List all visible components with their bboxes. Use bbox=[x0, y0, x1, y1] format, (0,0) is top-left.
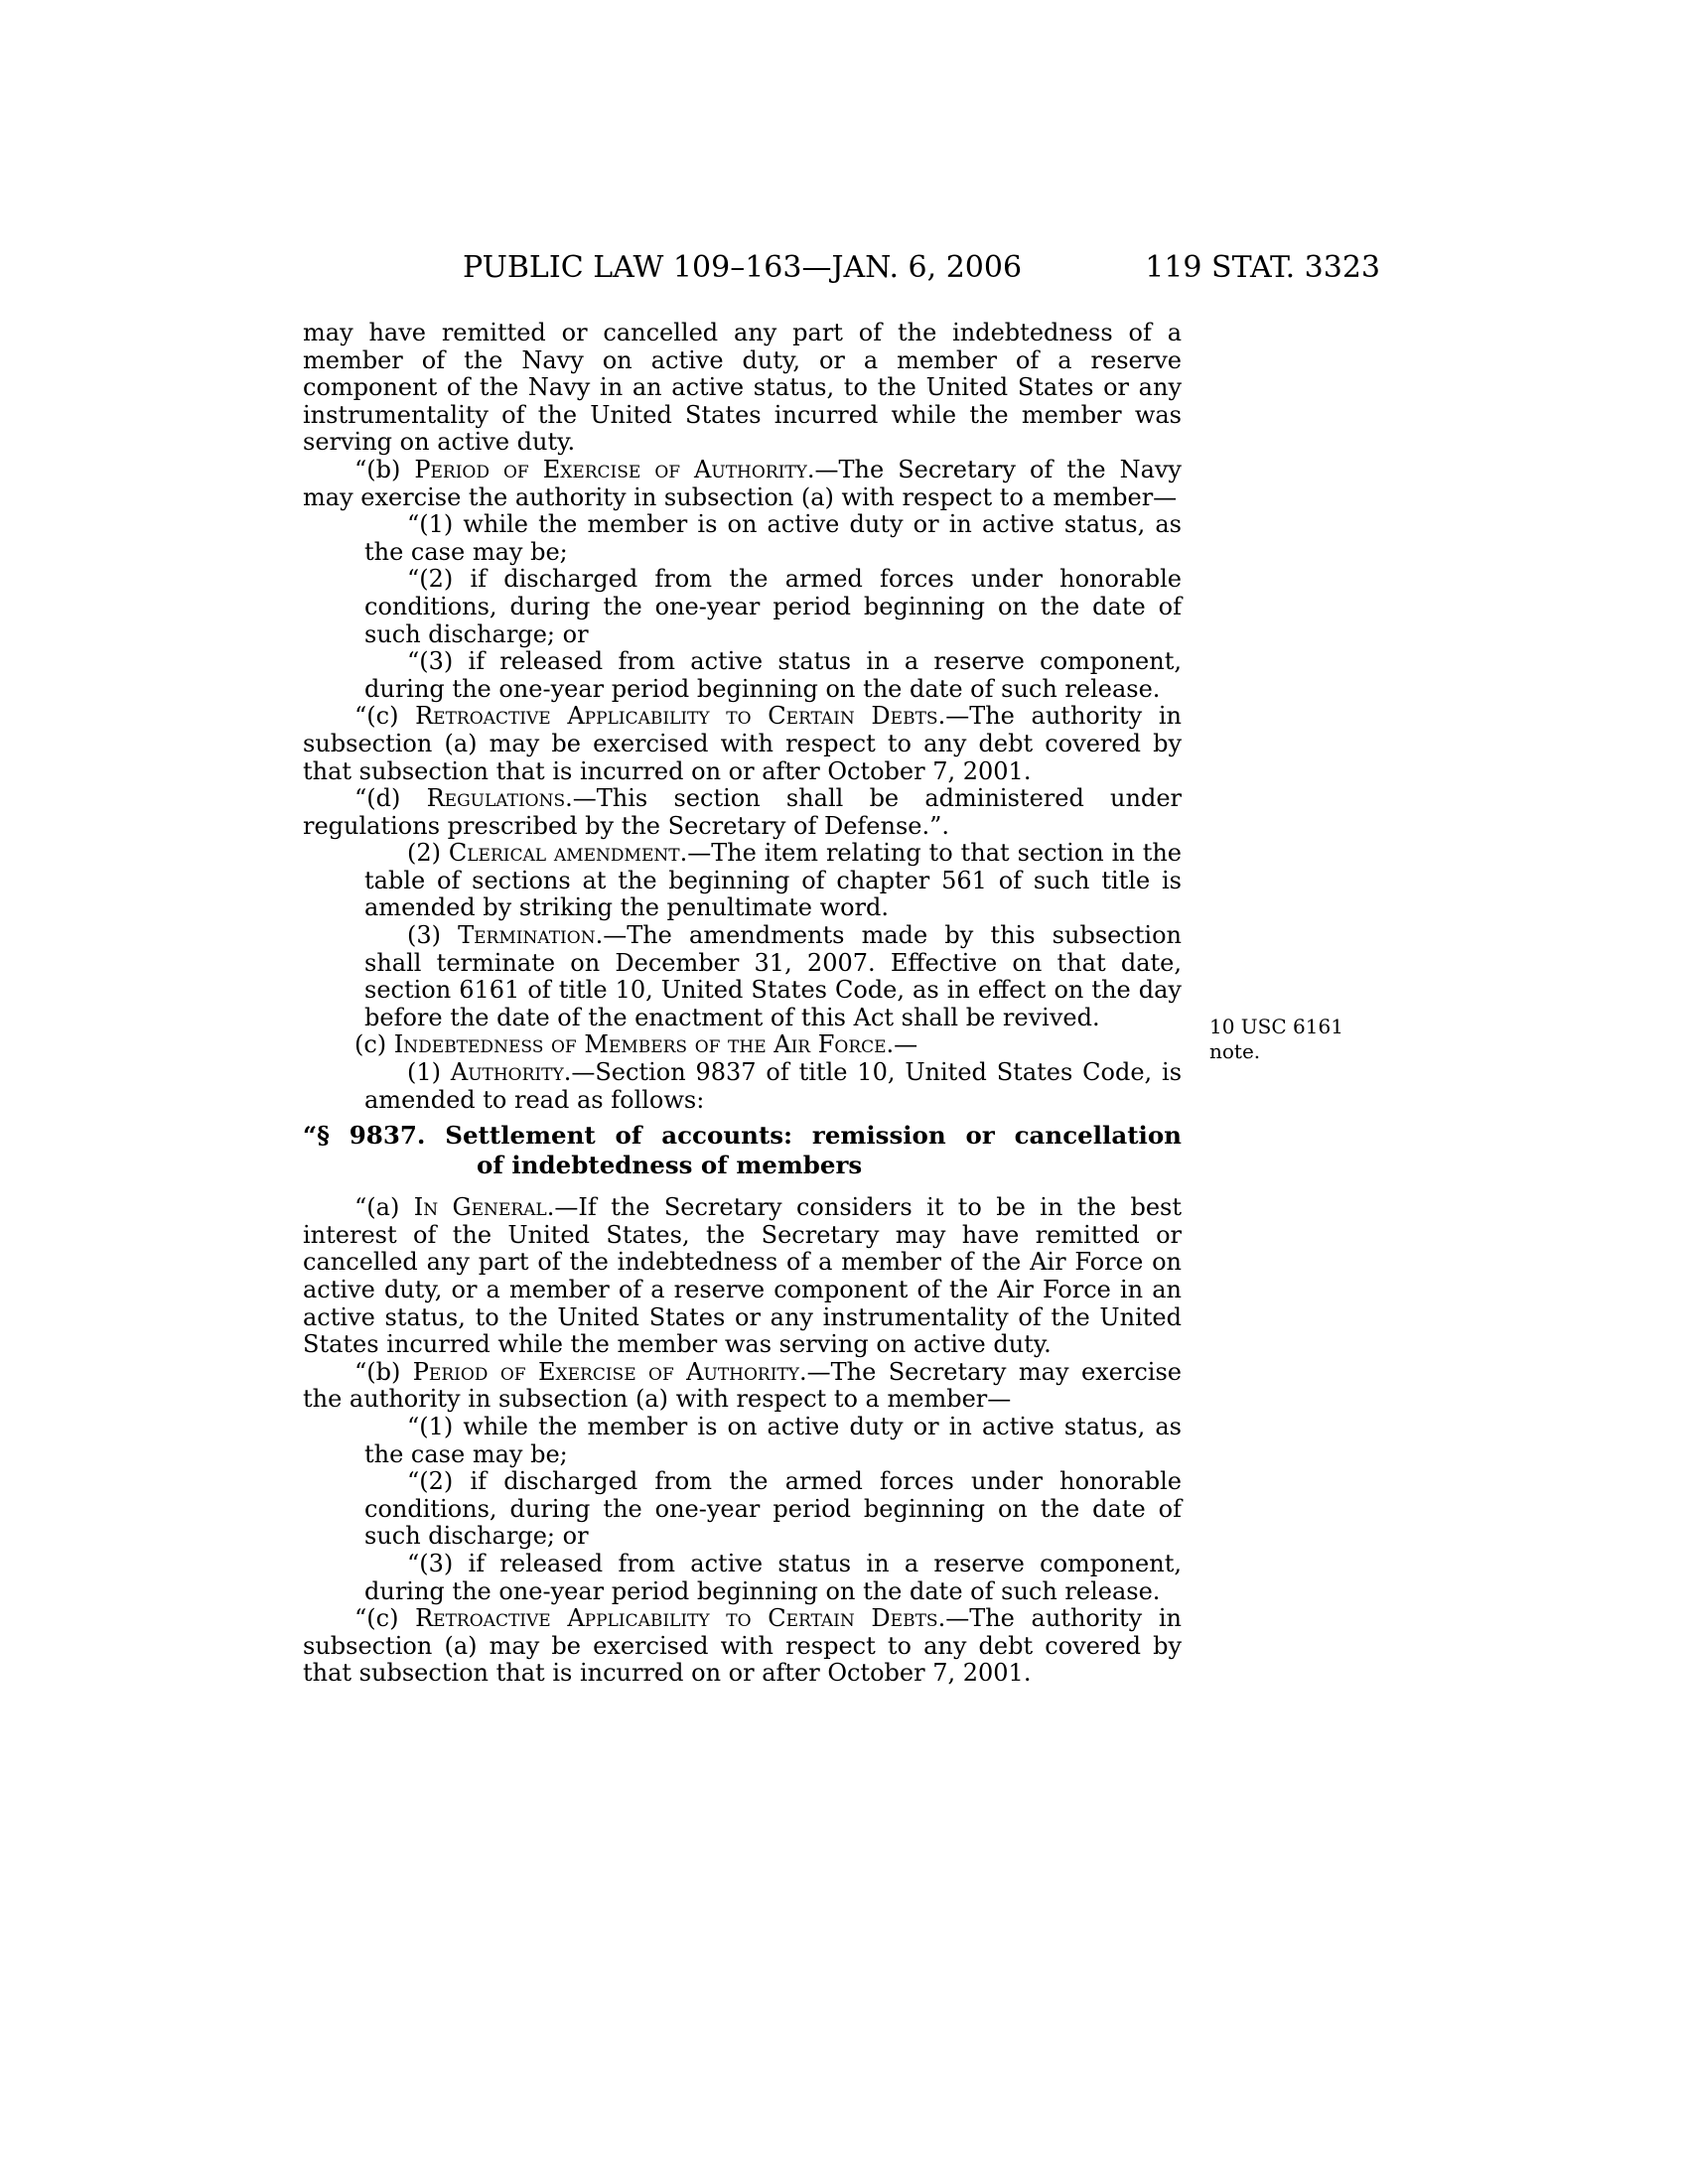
text-run: “(2) if discharged from the armed forces… bbox=[364, 565, 1182, 647]
text-run: “(1) while the member is on active duty … bbox=[364, 510, 1182, 566]
para-1-authority: (1) Authority.—Section 9837 of title 10,… bbox=[364, 1059, 1182, 1114]
para-2-af: “(2) if discharged from the armed forces… bbox=[364, 1468, 1182, 1551]
text-run: may have remitted or cancelled any part … bbox=[303, 319, 1182, 456]
text-run: “(b) bbox=[354, 1358, 413, 1386]
para-c-retroactive-af: “(c) Retroactive Applicability to Certai… bbox=[303, 1605, 1182, 1688]
para-3-navy: “(3) if released from active status in a… bbox=[364, 648, 1182, 703]
small-caps-label: Period of Exercise of Authority bbox=[414, 456, 807, 483]
para-b-period-af: “(b) Period of Exercise of Authority.—Th… bbox=[303, 1359, 1182, 1414]
small-caps-label: Indebtedness of Members of the Air Force bbox=[394, 1030, 887, 1058]
margin-note-usc-citation: 10 USC 6161 note. bbox=[1209, 1015, 1393, 1064]
running-header: PUBLIC LAW 109–163—JAN. 6, 2006 119 STAT… bbox=[0, 250, 1688, 290]
para-c-indebtedness-air-force: (c) Indebtedness of Members of the Air F… bbox=[303, 1031, 1182, 1059]
para-3-termination: (3) Termination.—The amendments made by … bbox=[364, 922, 1182, 1031]
para-d-regulations: “(d) Regulations.—This section shall be … bbox=[303, 785, 1182, 840]
statute-text-column: may have remitted or cancelled any part … bbox=[303, 320, 1182, 1688]
text-run: “(3) if released from active status in a… bbox=[364, 1550, 1182, 1605]
small-caps-label: Regulations bbox=[427, 784, 566, 812]
margin-note-line-1: 10 USC 6161 bbox=[1209, 1015, 1393, 1039]
para-a-in-general-af: “(a) In General.—If the Secretary consid… bbox=[303, 1194, 1182, 1359]
small-caps-label: Termination bbox=[458, 921, 595, 949]
text-run: “(1) while the member is on active duty … bbox=[364, 1413, 1182, 1468]
para-c-retroactive-navy: “(c) Retroactive Applicability to Certai… bbox=[303, 703, 1182, 785]
text-run: “(c) bbox=[354, 702, 415, 730]
text-run: (1) bbox=[407, 1058, 451, 1086]
section-heading-9837: “§ 9837. Settlement of accounts: remissi… bbox=[303, 1121, 1182, 1180]
small-caps-label: Clerical amendment bbox=[449, 839, 680, 867]
text-run: (2) bbox=[407, 839, 449, 867]
margin-note-line-2: note. bbox=[1209, 1039, 1393, 1064]
para-2-navy: “(2) if discharged from the armed forces… bbox=[364, 566, 1182, 648]
small-caps-label: Retroactive Applicability to Certain Deb… bbox=[415, 1604, 937, 1632]
text-run: “(a) bbox=[354, 1193, 414, 1221]
text-run: (3) bbox=[407, 921, 458, 949]
text-run: “(2) if discharged from the armed forces… bbox=[364, 1467, 1182, 1550]
section-heading-9837-line-1: “§ 9837. Settlement of accounts: remissi… bbox=[303, 1121, 1182, 1151]
small-caps-label: Retroactive Applicability to Certain Deb… bbox=[415, 702, 937, 730]
para-continuation-navy: may have remitted or cancelled any part … bbox=[303, 320, 1182, 457]
small-caps-label: In General bbox=[414, 1193, 547, 1221]
section-heading-9837-line-2: of indebtedness of members bbox=[477, 1151, 1182, 1180]
para-1-navy: “(1) while the member is on active duty … bbox=[364, 511, 1182, 566]
text-run: (c) bbox=[354, 1030, 394, 1058]
text-run: “(b) bbox=[354, 456, 414, 483]
statute-page: PUBLIC LAW 109–163—JAN. 6, 2006 119 STAT… bbox=[0, 0, 1688, 2184]
small-caps-label: Authority bbox=[451, 1058, 564, 1086]
para-3-af: “(3) if released from active status in a… bbox=[364, 1551, 1182, 1605]
para-b-period-navy: “(b) Period of Exercise of Authority.—Th… bbox=[303, 457, 1182, 511]
small-caps-label: Period of Exercise of Authority bbox=[413, 1358, 799, 1386]
text-run: “(d) bbox=[354, 784, 427, 812]
para-1-af: “(1) while the member is on active duty … bbox=[364, 1414, 1182, 1468]
text-run: “(c) bbox=[354, 1604, 415, 1632]
running-header-stat-page-number: 119 STAT. 3323 bbox=[1145, 250, 1380, 285]
text-run: “(3) if released from active status in a… bbox=[364, 647, 1182, 703]
para-2-clerical-amendment: (2) Clerical amendment.—The item relatin… bbox=[364, 840, 1182, 922]
text-run: .— bbox=[887, 1030, 918, 1058]
running-header-law-title: PUBLIC LAW 109–163—JAN. 6, 2006 bbox=[303, 250, 1182, 285]
